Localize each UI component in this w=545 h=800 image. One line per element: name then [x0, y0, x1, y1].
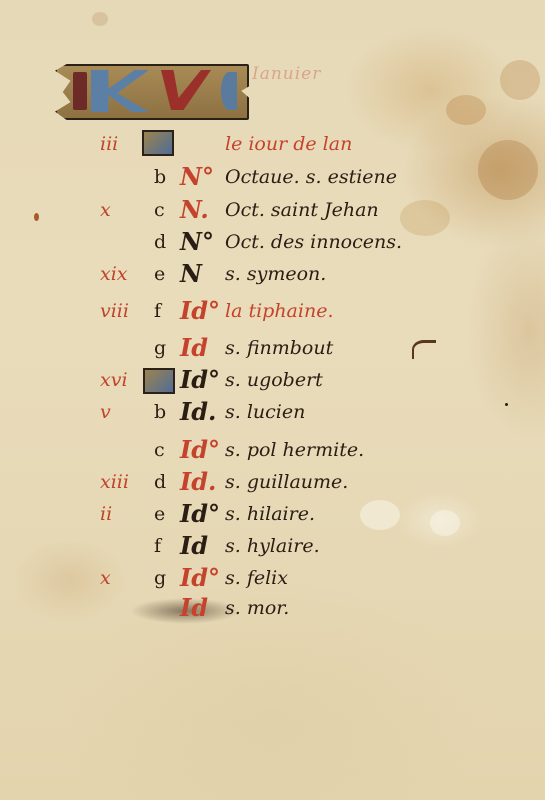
dominical-letter: e [154, 498, 172, 530]
calendar-row: xix e N s. symeon. [0, 258, 545, 290]
feast-entry: Oct. des innocens. [225, 226, 402, 258]
dominical-letter: b [154, 396, 172, 428]
dominical-letter: c [154, 434, 172, 466]
golden-number: viii [100, 295, 145, 327]
calendar-row: iii le iour de lan [0, 128, 545, 160]
calendar-row: c Id° s. pol hermite. [0, 434, 545, 466]
calendar-row: b N° Octaue. s. estiene [0, 161, 545, 193]
ides-marker: Id° [180, 295, 220, 327]
feast-entry: s. felix [225, 562, 288, 594]
feast-entry: s. guillaume. [225, 466, 348, 498]
golden-number: xvi [100, 364, 145, 396]
ides-marker: Id° [180, 434, 220, 466]
feast-entry: s. symeon. [225, 258, 326, 290]
feast-entry: s. ugobert [225, 364, 323, 396]
dominical-letter: d [154, 226, 172, 258]
feast-entry: Oct. saint Jehan [225, 194, 379, 226]
feast-entry: le iour de lan [225, 128, 352, 160]
feast-entry: s. hylaire. [225, 530, 320, 562]
feast-entry: s. finmbout [225, 332, 333, 364]
golden-number: ii [100, 498, 145, 530]
calendar-row: ii e Id° s. hilaire. [0, 498, 545, 530]
dominical-letter: g [154, 332, 172, 364]
calendar-row: g Id s. finmbout [0, 332, 545, 364]
dominical-letter: e [154, 258, 172, 290]
calendar-row: Id s. mor. [0, 592, 545, 624]
calendar-row: viii f Id° la tiphaine. [0, 295, 545, 327]
golden-number: xiii [100, 466, 145, 498]
nones-marker: N. [180, 194, 220, 226]
nones-marker: N° [180, 226, 220, 258]
golden-number: v [100, 396, 145, 428]
calendar-row: xiii d Id. s. guillaume. [0, 466, 545, 498]
ides-marker: Id. [180, 396, 220, 428]
ides-marker: Id [180, 592, 220, 624]
ides-marker: Id° [180, 498, 220, 530]
nones-marker: N [180, 258, 220, 290]
golden-number: xix [100, 258, 145, 290]
ides-marker: Id [180, 332, 220, 364]
ides-marker: Id° [180, 562, 220, 594]
ides-marker: Id° [180, 364, 220, 396]
feast-entry: s. mor. [225, 592, 289, 624]
dominical-letter: b [154, 161, 172, 193]
calendar-row: v b Id. s. lucien [0, 396, 545, 428]
golden-number: iii [100, 128, 145, 160]
feast-entry: s. lucien [225, 396, 305, 428]
feast-entry: s. hilaire. [225, 498, 315, 530]
calendar-row: d N° Oct. des innocens. [0, 226, 545, 258]
dominical-letter: f [154, 295, 172, 327]
golden-number: x [100, 562, 145, 594]
feast-entry: Octaue. s. estiene [225, 161, 397, 193]
ides-marker: Id [180, 530, 220, 562]
dominical-letter: f [154, 530, 172, 562]
dominical-letter: c [154, 194, 172, 226]
dominical-letter: d [154, 466, 172, 498]
feast-entry: la tiphaine. [225, 295, 333, 327]
feast-entry: s. pol hermite. [225, 434, 364, 466]
calendar-row: f Id s. hylaire. [0, 530, 545, 562]
calendar-row: xvi Id° s. ugobert [0, 364, 545, 396]
golden-number: x [100, 194, 145, 226]
nones-marker: N° [180, 161, 220, 193]
ides-marker: Id. [180, 466, 220, 498]
calendar-table: iii le iour de lan b N° Octaue. s. estie… [0, 0, 545, 800]
calendar-row: x c N. Oct. saint Jehan [0, 194, 545, 226]
dominical-letter: g [154, 562, 172, 594]
calendar-row: x g Id° s. felix [0, 562, 545, 594]
